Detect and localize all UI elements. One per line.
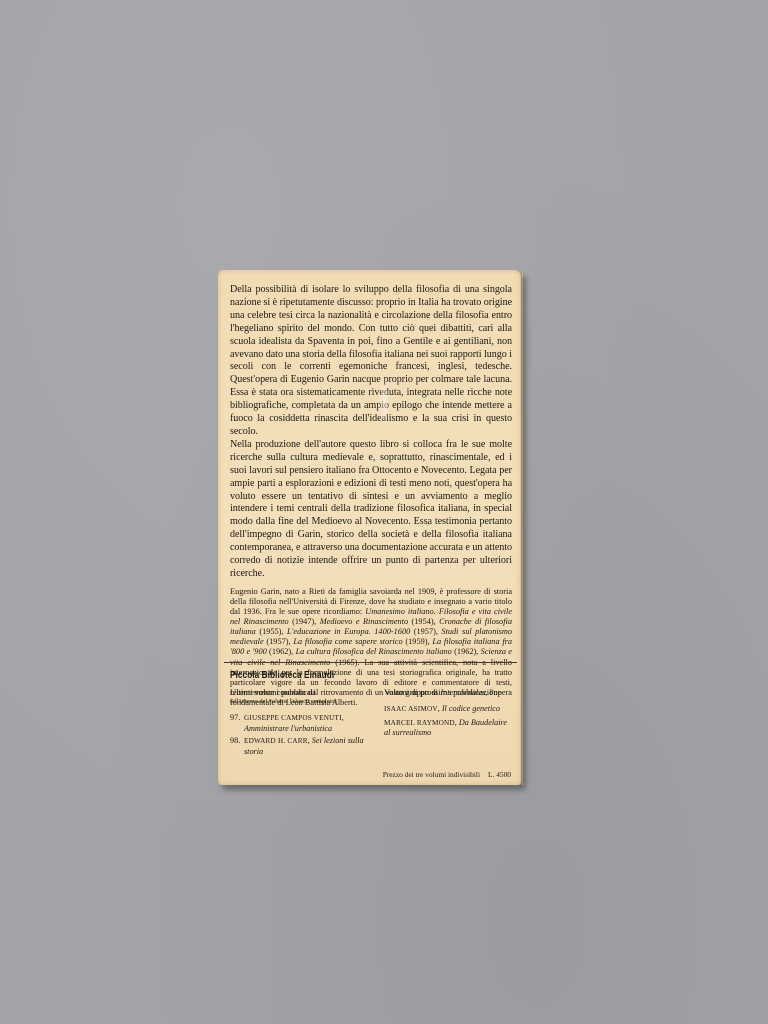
published-column: Ultimi volumi pubblicati (all'interno de…	[230, 687, 380, 757]
work-title: La cultura filosofica del Rinascimento i…	[296, 647, 452, 656]
blurb-paragraph-2: Nella produzione dell'autore questo libr…	[230, 439, 512, 581]
work-year: (1959),	[403, 637, 433, 646]
price-value: L. 4500	[488, 770, 511, 779]
book-back-cover: Della possibilità di isolare lo sviluppo…	[218, 270, 521, 785]
published-heading: Ultimi volumi pubblicati	[230, 687, 380, 697]
work-year: (1962),	[267, 647, 296, 656]
work-title: Medioevo e Rinascimento	[320, 617, 408, 626]
blurb-paragraph-1: Della possibilità di isolare lo sviluppo…	[230, 284, 512, 439]
price-label: Prezzo dei tre volumi indivisibili	[383, 770, 480, 779]
upcoming-item: ISAAC ASIMOV, Il codice genetico	[384, 704, 513, 715]
work-year: (1957),	[264, 637, 294, 646]
price-line: Prezzo dei tre volumi indivisibiliL. 450…	[383, 770, 511, 779]
series-box: Piccola Biblioteca Einaudi Ultimi volumi…	[230, 670, 513, 757]
blurb: Della possibilità di isolare lo sviluppo…	[230, 284, 512, 581]
published-item: 97. GIUSEPPE CAMPOS VENUTI, Amministrare…	[230, 713, 380, 733]
published-item: 98. EDWARD H. CARR, Sei lezioni sulla st…	[230, 736, 380, 756]
divider	[224, 662, 517, 663]
upcoming-column: Volumi di prossima pubblicazione ISAAC A…	[380, 687, 513, 757]
page-edge	[520, 270, 523, 785]
cover-crease	[378, 374, 390, 430]
work-year: (1962),	[452, 647, 481, 656]
published-note: (all'interno del volume l'elenco complet…	[230, 697, 380, 706]
work-year: (1947),	[289, 617, 320, 626]
series-title: Piccola Biblioteca Einaudi	[230, 670, 462, 681]
work-title: La filosofia come sapere storico	[293, 637, 402, 646]
work-year: (1954),	[408, 617, 439, 626]
work-title: L'educazione in Europa. 1400-1600	[287, 627, 410, 636]
work-year: (1957),	[410, 627, 441, 636]
upcoming-heading: Volumi di prossima pubblicazione	[384, 687, 513, 697]
upcoming-item: MARCEL RAYMOND, Da Baudelaire al surreal…	[384, 718, 513, 738]
work-year: (1955),	[256, 627, 287, 636]
